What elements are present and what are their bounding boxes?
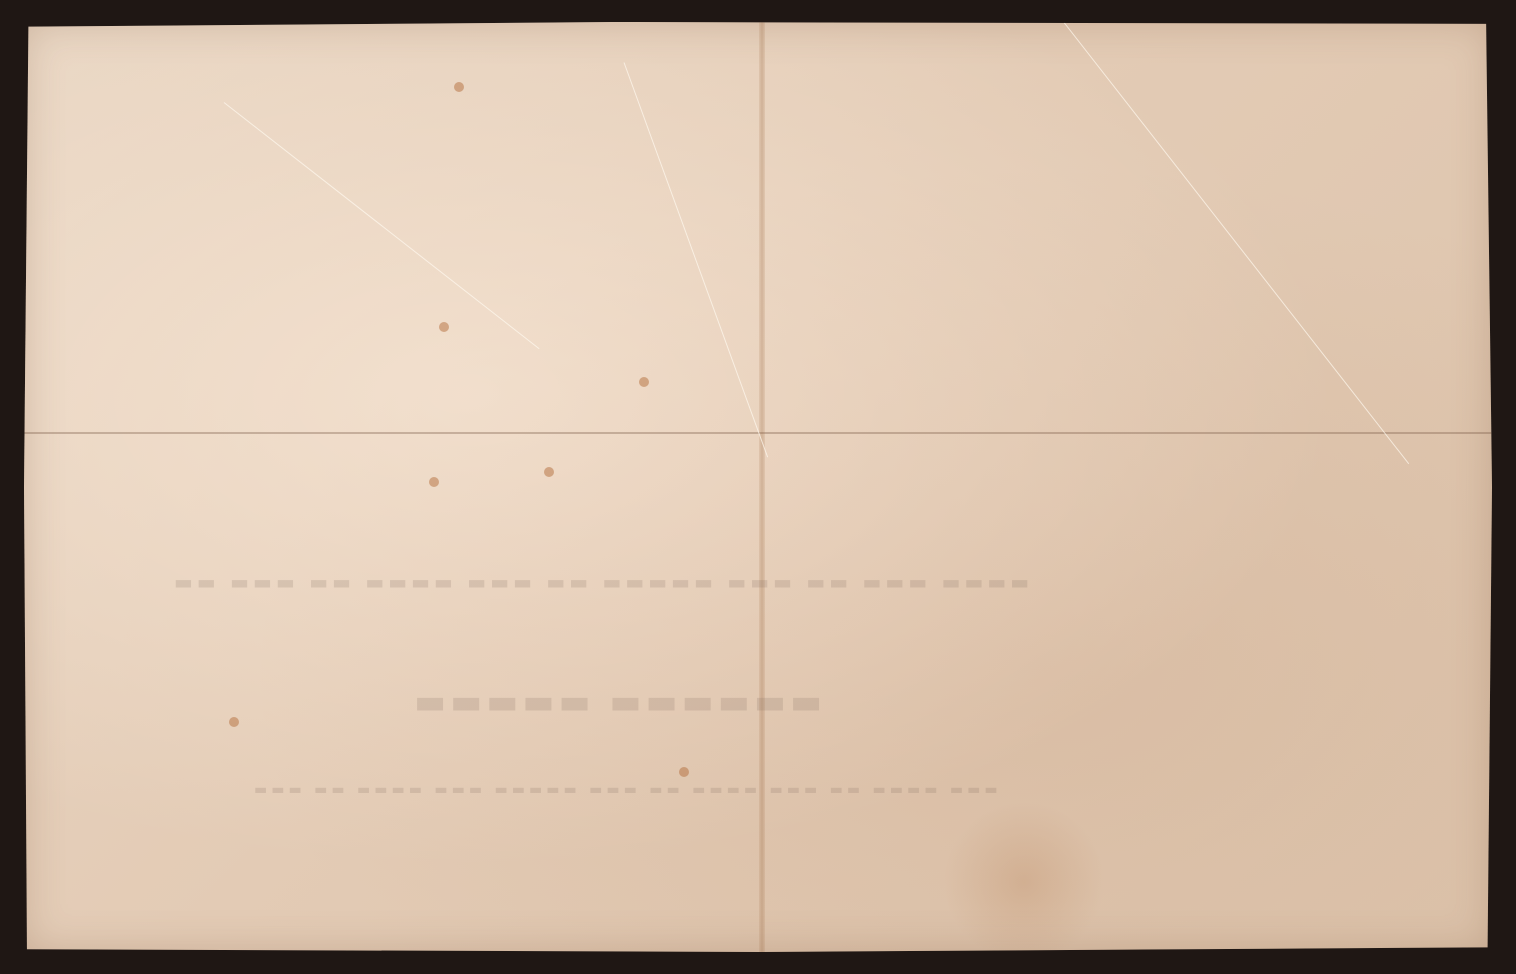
crease: [224, 102, 540, 349]
foxing-spot: [679, 767, 689, 777]
show-through-text: ▬▬▬ ▬▬ ▬▬▬▬ ▬▬▬ ▬▬▬▬▬ ▬▬▬ ▬▬ ▬▬▬▬ ▬▬▬ ▬▬…: [254, 782, 1002, 798]
foxing-spot: [429, 477, 439, 487]
foxing-spot: [454, 82, 464, 92]
crease: [624, 62, 769, 457]
show-through-text: ▬▬ ▬▬▬ ▬▬ ▬▬▬▬ ▬▬▬ ▬▬ ▬▬▬▬▬ ▬▬▬ ▬▬ ▬▬▬ ▬…: [174, 570, 1033, 594]
foxing-spot: [229, 717, 239, 727]
crease: [1064, 22, 1410, 464]
show-through-text: ▬▬▬▬▬ ▬▬▬▬▬▬: [414, 682, 826, 722]
foxing-spot: [544, 467, 554, 477]
vertical-fold: [759, 22, 765, 952]
banknote-reverse: ▬▬ ▬▬▬ ▬▬ ▬▬▬▬ ▬▬▬ ▬▬ ▬▬▬▬▬ ▬▬▬ ▬▬ ▬▬▬ ▬…: [24, 22, 1492, 952]
foxing-spot: [639, 377, 649, 387]
foxing-spot: [439, 322, 449, 332]
